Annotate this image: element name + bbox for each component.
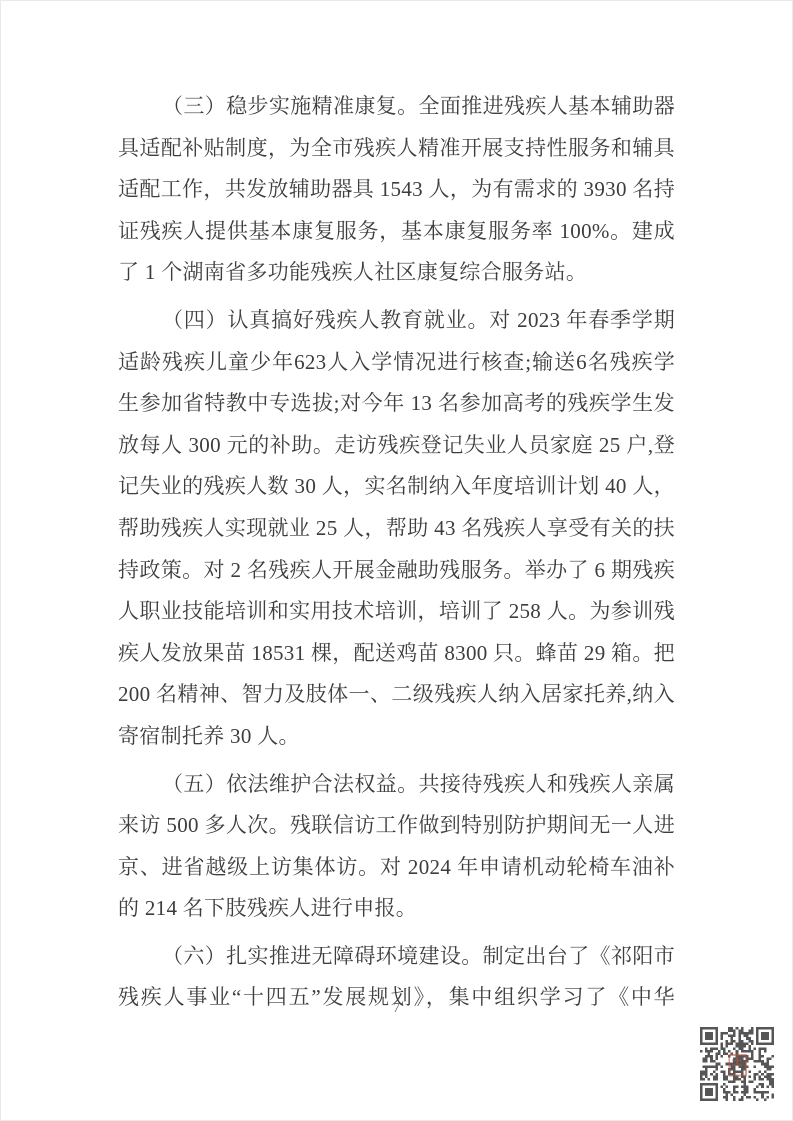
text-line: （六）扎实推进无障碍环境建设。制定出台了《祁阳市 (118, 936, 675, 978)
text-line: 放每人 300 元的补助。走访残疾登记失业人员家庭 25 户,登 (118, 425, 675, 467)
page-number: 7 (0, 1001, 793, 1017)
text-line: 了 1 个湖南省多功能残疾人社区康复综合服务站。 (118, 252, 675, 294)
text-line: 证残疾人提供基本康复服务，基本康复服务率 100%。建成 (118, 211, 675, 253)
text-line: 生参加省特教中专选拔;对今年 13 名参加高考的残疾学生发 (118, 383, 675, 425)
text-line: 京、进省越级上访集体访。对 2024 年申请机动轮椅车油补 (118, 847, 675, 889)
text-line: 来访 500 多人次。残联信访工作做到特别防护期间无一人进 (118, 805, 675, 847)
text-line: 记失业的残疾人数 30 人，实名制纳入年度培训计划 40 人， (118, 466, 675, 508)
text-line: 适配工作，共发放辅助器具 1543 人，为有需求的 3930 名持 (118, 169, 675, 211)
paragraph-4: （四）认真搞好残疾人教育就业。对 2023 年春季学期 适龄残疾儿童少年623人… (118, 300, 675, 758)
qr-code (700, 1027, 774, 1101)
text-line: 人职业技能培训和实用技术培训，培训了 258 人。为参训残 (118, 591, 675, 633)
text-line: （五）依法维护合法权益。共接待残疾人和残疾人亲属 (118, 764, 675, 806)
text-line: 疾人发放果苗 18531 棵，配送鸡苗 8300 只。蜂苗 29 箱。把 (118, 633, 675, 675)
text-line: 200 名精神、智力及肢体一、二级残疾人纳入居家托养,纳入 (118, 674, 675, 716)
document-page: （三）稳步实施精准康复。全面推进残疾人基本辅助器 具适配补贴制度，为全市残疾人精… (0, 0, 793, 1121)
text-line: 寄宿制托养 30 人。 (118, 716, 675, 758)
text-line: 帮助残疾人实现就业 25 人，帮助 43 名残疾人享受有关的扶 (118, 508, 675, 550)
text-line: 的 214 名下肢残疾人进行申报。 (118, 888, 675, 930)
text-line: （三）稳步实施精准康复。全面推进残疾人基本辅助器 (118, 86, 675, 128)
paragraph-5: （五）依法维护合法权益。共接待残疾人和残疾人亲属 来访 500 多人次。残联信访… (118, 764, 675, 930)
text-line: 适龄残疾儿童少年623人入学情况进行核查;输送6名残疾学 (118, 342, 675, 384)
document-body: （三）稳步实施精准康复。全面推进残疾人基本辅助器 具适配补贴制度，为全市残疾人精… (118, 86, 675, 1019)
paragraph-3: （三）稳步实施精准康复。全面推进残疾人基本辅助器 具适配补贴制度，为全市残疾人精… (118, 86, 675, 294)
text-line: （四）认真搞好残疾人教育就业。对 2023 年春季学期 (118, 300, 675, 342)
text-line: 具适配补贴制度，为全市残疾人精准开展支持性服务和辅具 (118, 128, 675, 170)
text-line: 持政策。对 2 名残疾人开展金融助残服务。举办了 6 期残疾 (118, 550, 675, 592)
